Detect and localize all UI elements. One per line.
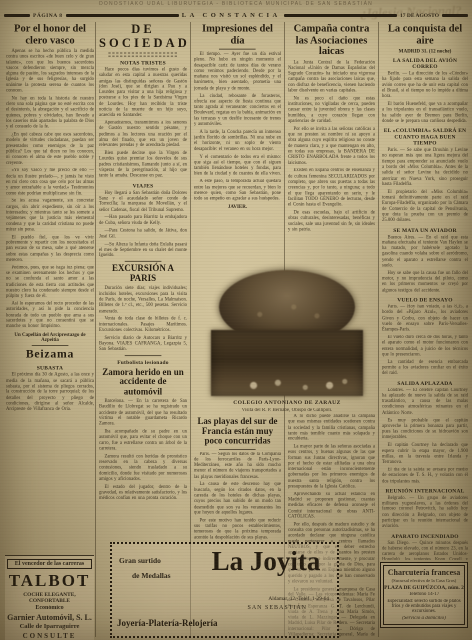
group-photo-rectangle: [211, 330, 363, 396]
column-impresiones: Impresiones del díaEl tiempo. — Ayer fue…: [194, 22, 281, 268]
ornament: [109, 53, 178, 57]
paragraph: Por este motivo han tenido que reducir s…: [194, 518, 281, 541]
paragraph: No es poco el daño que estas institucion…: [288, 96, 375, 124]
newspaper-page: DONOSTIAKO UDAL LIBURUTEGIA - BIBLIOTECA…: [0, 0, 472, 640]
subhead: Futbolista lesionado: [99, 359, 187, 365]
paragraph: Belgrado. — Un grupo de aviadores milita…: [382, 496, 468, 530]
paragraph: Es muy probable que el capitán aproveche…: [382, 418, 468, 441]
issue-date: 17 DE AGOSTO: [400, 13, 439, 19]
paragraph: A la tarde, la Concha parecía un inmenso…: [194, 130, 281, 153]
ad-joyita-services: Joyería-Platería-Relojería: [117, 618, 217, 628]
paragraph: Pedimos, pues, que se haga luz plena; qu…: [6, 265, 94, 299]
paragraph: Por ello se invita a las señoras católic…: [288, 127, 375, 167]
column-clero-vasco: Por el honor del clero vascoApenas se ha…: [6, 22, 94, 555]
paragraph: «Yo soy vasco y me precio de ello —decía…: [6, 168, 94, 196]
column-asociaciones-laicas: Campaña contra las Asociaciones laicasLa…: [288, 22, 375, 268]
paragraph: El propietario del «Miss Columbia» tomar…: [382, 190, 468, 224]
subhead: LA SALIDA DEL AVIÓN CORREO: [382, 57, 468, 69]
headline3: Zamora herido en un accidente de automóv…: [100, 368, 186, 397]
paragraph: No hay en toda la historia de nuestro cl…: [6, 96, 94, 130]
sig: Un Capellán del Arciprestazgo de Azpeiti…: [11, 332, 90, 343]
paragraph: Se les acusa vagamente, sin concretar ca…: [6, 199, 94, 233]
masthead: PÁGINA 8 LA CONSTANCIA 17 DE AGOSTO: [4, 11, 468, 20]
column-conquista-del-aire: La conquista del aireMADRID 31. (12 noch…: [382, 22, 468, 560]
ad-talbot-tagline: El vencedor de las carreras: [7, 559, 92, 569]
paragraph: Existen en España centros de enseñanza y…: [288, 168, 375, 208]
ad-joyita-address: Aldamar, 12.-Teléf. 1-29-64: [268, 596, 329, 602]
paragraph: Apenadísimos, transmitimos a los señores…: [99, 121, 187, 149]
column-playas-francia: Las playas del sur de Francia están muy …: [194, 414, 281, 542]
subhead: SE MATA UN AVIADOR: [382, 227, 468, 233]
ad-talbot-line: Económico: [5, 605, 94, 611]
newspaper-title: LA CONSTANCIA: [182, 12, 281, 19]
headline-soc: DE SOCIEDAD: [99, 23, 187, 51]
column-de-sociedad: DE SOCIEDADNOTAS TRISTESHace pocos días …: [99, 22, 187, 542]
paragraph: La cantidad de esencia embarcada permite…: [382, 360, 468, 377]
paragraph: Venta de toda clase de billetes de f. c.…: [99, 317, 187, 334]
headline: La conquista del aire: [384, 23, 467, 46]
ad-talbot-brand: TALBOT: [5, 571, 94, 591]
ad-talbot: El vencedor de las carreras TALBOT COCHE…: [5, 555, 94, 640]
paragraph: —Han pasado para Biarritz la embajadora …: [99, 215, 187, 226]
sig: JAVIER.: [199, 204, 277, 209]
paragraph: París. — Hoy han volado, a las 8,35, a b…: [382, 305, 468, 333]
rule: [219, 449, 256, 450]
paragraph: La Junta Central de la Federación Nacion…: [288, 60, 375, 94]
paragraph: El vuelo duró cerca de dos horas, y tant…: [382, 335, 468, 358]
dateline: MADRID 31. (12 noche): [382, 49, 468, 54]
masthead-rule: [442, 14, 468, 17]
subhead: SALIDA APLAZADA: [382, 380, 468, 386]
photo-colegio-antoniano: COLEGIO ANTONIANO DE ZARAUZ Visita del R…: [203, 268, 371, 416]
rule: [125, 261, 162, 262]
paragraph: Zamora resultó con heridas de pronóstico…: [99, 454, 187, 482]
paragraph: Hoy llegará a San Sebastián doña Dolores…: [99, 190, 187, 213]
photo-caption-title: COLEGIO ANTONIANO DE ZARAUZ: [203, 400, 371, 406]
subhead: VIAJES: [99, 183, 187, 189]
paragraph: París. — Según los datos de la Compañía …: [194, 452, 281, 480]
headline3: Las playas del sur de Francia están muy …: [195, 417, 280, 446]
paragraph: Servicio diario de Autocars a Biarritz y…: [99, 336, 187, 353]
column-divider: [378, 22, 379, 637]
paragraph: —Su Alteza la Infanta doña Eulalia pasar…: [99, 242, 187, 259]
headline: Por el honor del clero vasco: [8, 23, 93, 46]
rule: [32, 345, 69, 346]
paragraph: Hace pocos días tuvimos el gusto de salu…: [99, 67, 187, 118]
paragraph: Hoy se sabe que la causa fue un fallo de…: [382, 271, 468, 294]
ad-joyita-city: SAN SEBASTIÁN: [247, 605, 307, 611]
headline3: EXCURSIÓN A PARIS: [100, 264, 186, 284]
page-number: PÁGINA 8: [33, 13, 63, 19]
ad-charcuteria-frame: Charcutería francesa (Sucursal efectiva …: [383, 565, 465, 625]
paragraph: El estado del jugador, dentro de la grav…: [99, 485, 187, 502]
masthead-rule: [284, 14, 397, 17]
subhead: EL «COLUMBIA» SALDRÁ EN CUANTO HAGA BUEN…: [382, 128, 468, 147]
ad-joyita-line: Gran surtido: [119, 556, 161, 565]
paragraph: El capitán Courtney ha declarado que esp…: [382, 443, 468, 466]
ad-charcuteria-specialty: Especialidad: selecto surtido de platos …: [384, 599, 464, 614]
masthead-rule: [4, 14, 30, 17]
paragraph: La mayor parte de las señoras asociadas …: [288, 444, 375, 490]
ad-la-joyita: Gran surtido de Medallas La Joyita Aldam…: [110, 542, 339, 638]
subhead: REUNIÓN INTERNACIONAL: [382, 488, 468, 494]
paragraph: El tiempo. — Ayer fue un día estival ple…: [194, 52, 281, 92]
paragraph: A lo dicho puede añadirse la campaña que…: [288, 414, 375, 442]
ad-joyita-brand: La Joyita: [203, 546, 329, 577]
library-watermark: DONOSTIAKO UDAL LIBURUTEGIA - BIBLIOTECA…: [0, 1, 472, 7]
paragraph: Bien puede decirse que la Virgen de Lour…: [99, 151, 187, 179]
paragraph: París. — Se sabe que Drouhin y Levine no…: [382, 148, 468, 188]
ad-charcuteria-phone: Teléfono 14-17: [384, 592, 464, 597]
column-divider: [95, 22, 96, 637]
ad-joyita-line: de Medallas: [132, 571, 171, 580]
paragraph: El barón Huenefeld, que va a acompañar a…: [382, 102, 468, 125]
paragraph: Londres. — El célebre capitán Courtney h…: [382, 388, 468, 416]
ad-charcuteria-address: PLAZA DE GUIPÚZCOA, núm. 2: [384, 585, 464, 591]
paragraph: Iba acompañado de su padre en un automóv…: [99, 430, 187, 453]
ad-charcuteria-subtitle: (Sucursal efectiva de la Casa Gros): [384, 578, 464, 583]
ad-charcuteria-title: Charcutería francesa: [384, 568, 464, 577]
paragraph: A este paso, la temporada actual quedará…: [194, 179, 281, 202]
headline: Impresiones del día: [196, 23, 280, 46]
paragraph: Barcelona. — En la carretera de San Baud…: [99, 399, 187, 427]
subhead: APARATO INCENDIADO: [382, 533, 468, 539]
paragraph: Y el comentario de todos era el mismo: q…: [194, 154, 281, 177]
paragraph: San Diego. — Quince minutos después de h…: [382, 541, 468, 560]
paragraph: Aprovechando su actual estancia en Madri…: [288, 492, 375, 520]
paragraph: La causa de este descenso hay que buscar…: [194, 482, 281, 516]
ad-charcuteria-francesa: Charcutería francesa (Sucursal efectiva …: [380, 562, 468, 628]
rule: [125, 355, 162, 356]
paragraph: ¿En qué cabeza cabe que esos sacerdotes,…: [6, 132, 94, 166]
rule: [219, 49, 256, 50]
ad-talbot-dealer: Garnier Automóvil, S. L.: [5, 613, 94, 622]
headline2: Beizama: [6, 349, 94, 362]
paragraph: La ciudad, rebosante de forasteros, ofre…: [194, 94, 281, 128]
paragraph: Duración siete días; viajes individuales…: [99, 286, 187, 314]
subhead: SUBASTA: [6, 365, 94, 371]
ad-talbot-line: COCHE ELEGANTE, CONFORTABLE: [5, 592, 94, 604]
paragraph: Berlín. — La dirección de los «Cóndor» h…: [382, 71, 468, 99]
paragraph: El pueblo fiel, que los ve vivir pobreme…: [6, 235, 94, 263]
paragraph: El próximo día 30 de Agosto, a las once …: [6, 373, 94, 413]
paragraph: Buenos Aires. — En el raid que esta maña…: [382, 235, 468, 269]
subhead: VUELO DE ENSAYO: [382, 297, 468, 303]
paragraph: De esas escuelas, bajo el artificio de o…: [288, 210, 375, 233]
ad-talbot-address: Calle de Iparraguirre: [5, 623, 94, 630]
headline: Campaña contra las Asociaciones laicas: [290, 23, 374, 57]
paragraph: —Para Cestona ha salido, de Játiva, don …: [99, 228, 187, 239]
paragraph: Así lo esperamos del recto proceder de l…: [6, 301, 94, 329]
photo-caption-subtitle: Visita del R. P. Bernabé, Obispo de Gall…: [203, 408, 371, 413]
ad-talbot-cta: CONSULTE PRECIOS: [5, 632, 94, 640]
paragraph: El día de la salida se avisará por medio…: [382, 468, 468, 485]
paragraph: Apenas se ha hecho pública la medida con…: [6, 49, 94, 95]
subhead: NOTAS TRISTES: [99, 60, 187, 66]
ad-charcuteria-service: (Servicio a domicilio): [384, 616, 464, 621]
masthead-rule: [66, 14, 179, 17]
